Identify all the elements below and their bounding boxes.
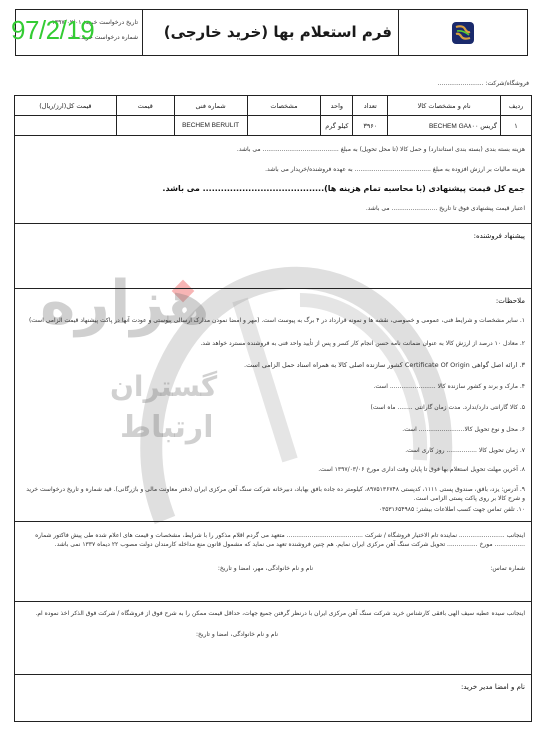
cell-specs[interactable] — [247, 116, 321, 136]
offer-validity-line[interactable]: اعتبار قیمت پیشنهادی فوق تا تاریخ ......… — [366, 205, 525, 212]
buyer-expert-signature-label[interactable]: نام و نام خانوادگی، امضا و تاریخ: — [196, 631, 278, 638]
vat-cost-line[interactable]: هزینه مالیات بر ارزش افزوده به مبلغ ....… — [265, 166, 525, 173]
seller-offer-title: پیشنهاد فروشنده: — [474, 232, 525, 240]
cell-price[interactable] — [116, 116, 174, 136]
note-item-9: ۹. آدرس: یزد، بافق، صندوق پستی ۱۱۱۱، کدپ… — [23, 485, 525, 503]
company-logo-icon — [451, 21, 475, 45]
cell-unit: کیلو گرم — [321, 116, 353, 136]
note-item-4[interactable]: ۴. مارک و برند و کشور سازنده کالا ......… — [373, 383, 525, 390]
table-row: ۱ گریس BECHEM GA۸۰۰ ۳۹۶۰ کیلو گرم BECHEM… — [15, 116, 532, 136]
notes-title: ملاحظات: — [496, 297, 525, 305]
note-item-5[interactable]: ۵. کالا گارانتی دارد/ندارد. مدت زمان گار… — [371, 404, 526, 411]
vendor-phone-label[interactable]: شماره تماس: — [490, 565, 525, 572]
total-offer-line[interactable]: جمع کل قیمت پیشنهادی (با محاسبه تمام هزی… — [162, 184, 525, 193]
table-header-row: ردیف نام و مشخصات کالا تعداد واحد مشخصات… — [15, 96, 532, 116]
seller-offer-section[interactable]: پیشنهاد فروشنده: — [14, 224, 532, 289]
col-item-name: نام و مشخصات کالا — [388, 96, 501, 116]
vendor-field[interactable]: فروشگاه/شرکت: ........................ — [438, 80, 529, 87]
header-logo-cell — [399, 9, 528, 56]
col-quantity: تعداد — [353, 96, 388, 116]
note-item-6[interactable]: ۶. محل و نوع تحویل کالا.................… — [402, 426, 525, 433]
buyer-expert-text: اینجانب سیده عطیه سیف الهی بافقی کارشناس… — [23, 609, 525, 618]
packing-cost-line[interactable]: هزینه بسته بندی (بسته بندی استاندارد) و … — [237, 146, 525, 153]
cell-quantity: ۳۹۶۰ — [353, 116, 388, 136]
cell-row-number: ۱ — [501, 116, 532, 136]
purchase-manager-label: نام و امضا مدیر خرید: — [461, 683, 525, 691]
note-item-3: ۳. ارائه اصل گواهی Certificate Of Origin… — [244, 361, 525, 369]
stamp-date: 97/2/19 — [11, 15, 94, 46]
col-specs: مشخصات — [247, 96, 321, 116]
col-unit: واحد — [321, 96, 353, 116]
cell-total-price[interactable] — [15, 116, 117, 136]
vendor-commitment-section: اینجانب ........................ نماینده… — [14, 522, 532, 602]
buyer-expert-section: اینجانب سیده عطیه سیف الهی بافقی کارشناس… — [14, 602, 532, 675]
col-price: قیمت — [116, 96, 174, 116]
note-item-2: ۲. معادل ۱۰ درصد از ارزش کالا به عنوان ض… — [200, 340, 525, 347]
notes-section: ملاحظات: ۱. سایر مشخصات و شرایط فنی، عمو… — [14, 289, 532, 522]
note-item-8: ۸. آخرین مهلت تحویل استعلام بها فوق تا پ… — [318, 466, 525, 473]
costs-section: هزینه بسته بندی (بسته بندی استاندارد) و … — [14, 137, 532, 224]
note-item-7[interactable]: ۷. زمان تحویل کالا ................ روز … — [405, 447, 525, 454]
page-title: فرم استعلام بها (خرید خارجی) — [143, 9, 399, 56]
vendor-commitment-text[interactable]: اینجانب ........................ نماینده… — [23, 531, 525, 549]
note-item-1: ۱. سایر مشخصات و شرایط فنی، عمومی و خصوص… — [23, 316, 525, 325]
vendor-signature-label[interactable]: نام و نام خانوادگی، مهر، امضا و تاریخ: — [218, 565, 313, 572]
col-total-price: قیمت کل(ارز/ریال) — [15, 96, 117, 116]
cell-item-name: گریس BECHEM GA۸۰۰ — [388, 116, 501, 136]
note-item-10: ۱۰. تلفن تماس جهت کسب اطلاعات بیشتر: ۰۳۵… — [379, 506, 525, 513]
items-table: ردیف نام و مشخصات کالا تعداد واحد مشخصات… — [14, 95, 532, 136]
col-row-number: ردیف — [501, 96, 532, 116]
cell-part-number: BECHEM BERULIT — [174, 116, 247, 136]
col-part-number: شماره فنی — [174, 96, 247, 116]
purchase-manager-section[interactable]: نام و امضا مدیر خرید: — [14, 675, 532, 722]
